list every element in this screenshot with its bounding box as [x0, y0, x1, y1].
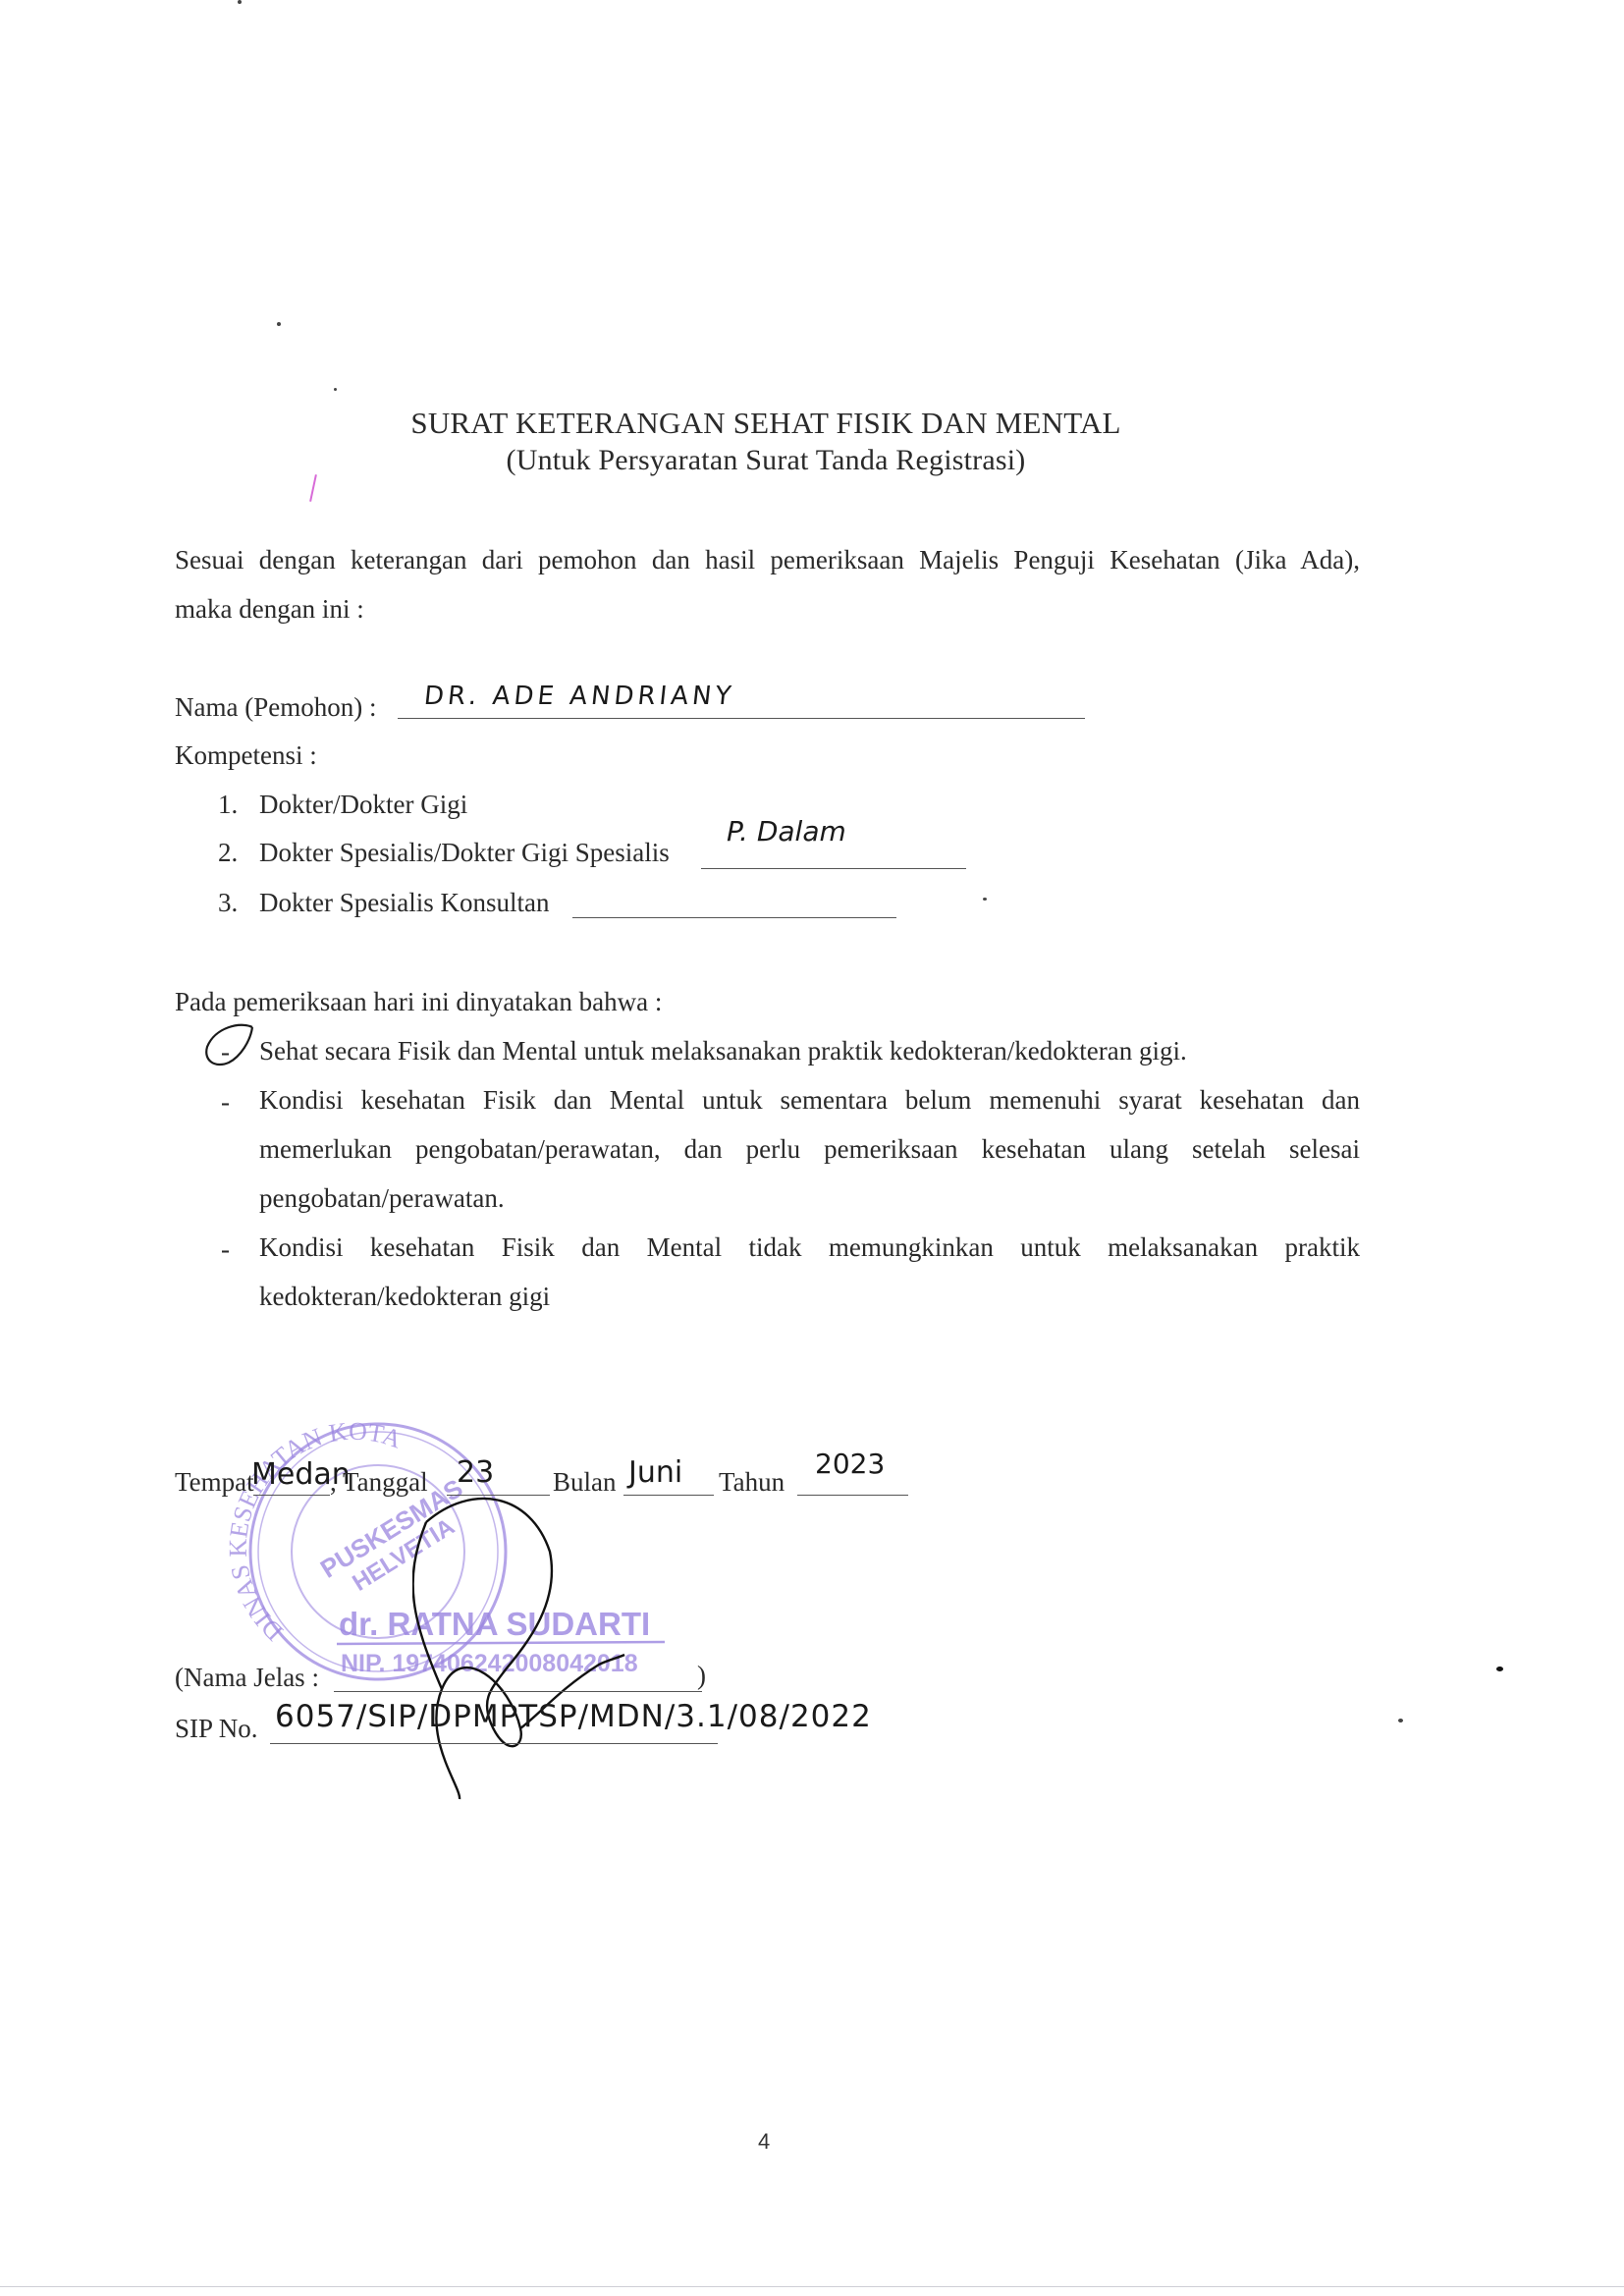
- spesialis-field[interactable]: P. Dalam: [727, 815, 846, 847]
- sip-field[interactable]: 6057/SIP/DPMPTSP/MDN/3.1/08/2022: [275, 1699, 872, 1734]
- statement-2-line3: pengobatan/perawatan.: [259, 1185, 505, 1212]
- document-subtitle: (Untuk Persyaratan Surat Tanda Registras…: [275, 444, 1257, 477]
- pen-mark: [309, 474, 317, 502]
- signature: [412, 1493, 727, 1807]
- kompetensi-item-1-label: Dokter/Dokter Gigi: [259, 792, 467, 818]
- kompetensi-item-3-number: 3.: [218, 890, 238, 916]
- kompetensi-item-3-label: Dokter Spesialis Konsultan: [259, 890, 549, 916]
- scan-speck: [334, 388, 337, 391]
- konsultan-field[interactable]: [572, 917, 896, 918]
- bulan-field[interactable]: Juni: [628, 1455, 682, 1490]
- kompetensi-item-2-number: 2.: [218, 840, 238, 866]
- selection-circle-icon: [201, 1021, 260, 1070]
- pemeriksaan-label: Pada pemeriksaan hari ini dinyatakan bah…: [175, 989, 662, 1015]
- nama-jelas-close: ): [697, 1663, 706, 1689]
- kompetensi-item-2-underline: [701, 868, 966, 869]
- kompetensi-label: Kompetensi :: [175, 742, 317, 769]
- statement-1-text[interactable]: Sehat secara Fisik dan Mental untuk mela…: [259, 1038, 1187, 1065]
- scan-speck: [1398, 1719, 1403, 1722]
- nama-label: Nama (Pemohon) :: [175, 694, 376, 721]
- statement-2-line2: memerlukan pengobatan/perawatan, dan per…: [259, 1136, 1360, 1163]
- statement-3-line1[interactable]: Kondisi kesehatan Fisik dan Mental tidak…: [259, 1234, 1360, 1261]
- scan-speck: [1496, 1667, 1503, 1671]
- statement-3-line2: kedokteran/kedokteran gigi: [259, 1284, 550, 1310]
- tahun-label: Tahun: [719, 1469, 785, 1496]
- statement-2-line1[interactable]: Kondisi kesehatan Fisik dan Mental untuk…: [259, 1087, 1360, 1114]
- tempat-underline: [253, 1495, 330, 1496]
- document-title: SURAT KETERANGAN SEHAT FISIK DAN MENTAL: [275, 406, 1257, 441]
- scan-speck: [983, 898, 987, 901]
- intro-paragraph-line2: maka dengan ini :: [175, 596, 364, 623]
- scan-speck: [277, 322, 281, 326]
- kompetensi-item-2-label: Dokter Spesialis/Dokter Gigi Spesialis: [259, 840, 670, 866]
- kompetensi-item-1-number: 1.: [218, 792, 238, 818]
- nama-underline: [398, 718, 1085, 719]
- tahun-field[interactable]: 2023: [815, 1448, 885, 1480]
- tempat-label: Tempat: [175, 1469, 254, 1496]
- tanggal-label: , Tanggal: [330, 1469, 428, 1496]
- tahun-underline: [797, 1495, 908, 1496]
- nama-field[interactable]: DR. ADE ANDRIANY: [422, 682, 735, 711]
- tanggal-field[interactable]: 23: [457, 1455, 494, 1490]
- nama-jelas-field[interactable]: [334, 1691, 702, 1692]
- intro-paragraph-line1: Sesuai dengan keterangan dari pemohon da…: [175, 547, 1360, 574]
- statement-3-bullet: -: [221, 1234, 230, 1265]
- statement-2-bullet: -: [221, 1087, 230, 1118]
- page-edge: [0, 2286, 1624, 2287]
- sip-underline: [270, 1743, 718, 1744]
- bulan-label: Bulan: [553, 1469, 617, 1496]
- page-number: 4: [758, 2129, 770, 2155]
- nama-jelas-label: (Nama Jelas :: [175, 1665, 319, 1691]
- scan-speck: [238, 0, 242, 4]
- sip-label: SIP No.: [175, 1716, 258, 1742]
